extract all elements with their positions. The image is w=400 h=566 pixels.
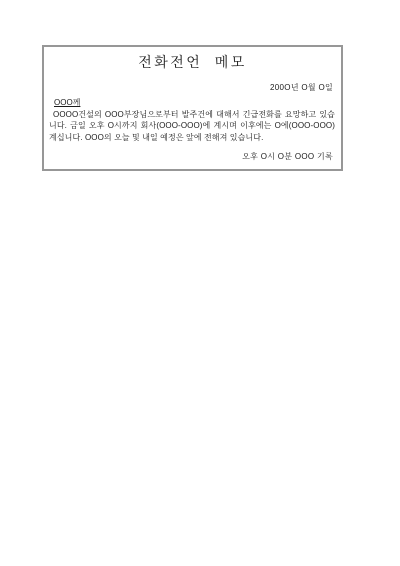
memo-footer: 오후 O시 O분 OOO 기록 bbox=[44, 152, 341, 162]
memo-recipient: OOO께 bbox=[54, 98, 80, 107]
memo-box: 전화전언 메모 200O년 O월 O일 OOO께 OOOO건설의 OOO부장님으… bbox=[42, 45, 343, 171]
memo-recipient-line: OOO께 bbox=[44, 97, 341, 109]
memo-body-line: OOOO건설의 OOO부장님으로부터 발주건에 대해서 긴급전화를 요망하고 있… bbox=[49, 109, 335, 121]
memo-body-line: 계십니다. OOO의 오늘 및 내일 예정은 앞에 전해져 있습니다. bbox=[49, 132, 335, 144]
memo-date: 200O년 O월 O일 bbox=[44, 83, 341, 92]
memo-page: 전화전언 메모 200O년 O월 O일 OOO께 OOOO건설의 OOO부장님으… bbox=[0, 0, 400, 566]
memo-title: 전화전언 메모 bbox=[44, 55, 341, 69]
memo-body-line: 니다. 금일 오후 O시까지 회사(OOO-OOO)에 계시며 이후에는 O에(… bbox=[49, 120, 335, 132]
memo-body: OOOO건설의 OOO부장님으로부터 발주건에 대해서 긴급전화를 요망하고 있… bbox=[44, 109, 341, 144]
